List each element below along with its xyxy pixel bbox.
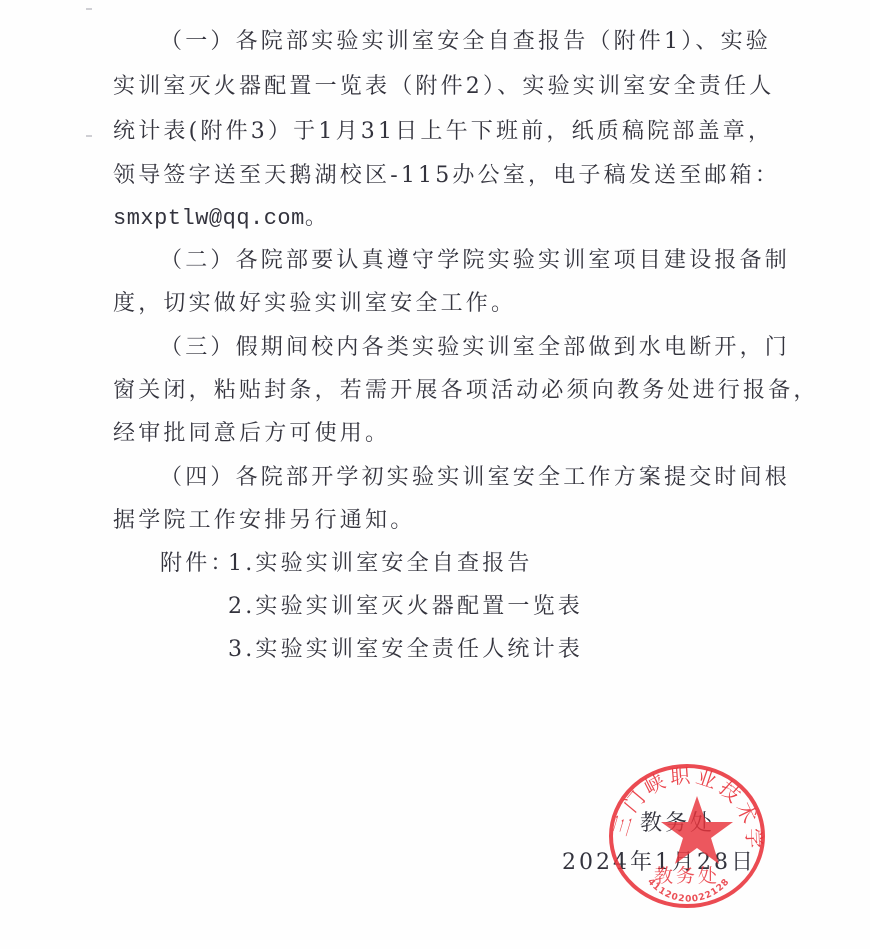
- scan-speck: [86, 135, 92, 137]
- paragraph-line: （二）各院部要认真遵守学院实验实训室项目建设报备制: [160, 246, 790, 276]
- paragraph-line: 据学院工作安排另行通知。: [113, 506, 415, 536]
- attachment-item: 1.实验实训室安全自查报告: [228, 549, 533, 579]
- signature-date: 2024年1月28日: [562, 845, 756, 876]
- document-page: （一）各院部实验实训室安全自查报告（附件1）、实验 实训室灭火器配置一览表（附件…: [0, 0, 870, 949]
- attachment-item: 2.实验实训室灭火器配置一览表: [228, 592, 583, 622]
- paragraph-line: 窗关闭，粘贴封条，若需开展各项活动必须向教务处进行报备，: [113, 376, 819, 406]
- signature-office: 教务处: [640, 806, 715, 837]
- paragraph-line: （四）各院部开学初实验实训室安全工作方案提交时间根: [160, 463, 790, 493]
- seal-code: 4112020022128: [645, 877, 732, 905]
- attachment-item: 3.实验实训室安全责任人统计表: [228, 635, 583, 665]
- paragraph-line: （三）假期间校内各类实验实训室全部做到水电断开，门: [160, 333, 790, 363]
- paragraph-line: 统计表(附件3）于1月31日上午下班前，纸质稿院部盖章，: [113, 117, 773, 147]
- paragraph-line: 领导签字送至天鹅湖校区-115办公室，电子稿发送至邮箱：: [113, 161, 780, 191]
- email-address: smxptlw@qq.com。: [113, 204, 327, 234]
- paragraph-line: 度，切实做好实验实训室安全工作。: [113, 289, 516, 319]
- paragraph-line: 经审批同意后方可使用。: [113, 419, 390, 449]
- attachments-label: 附件：: [160, 549, 236, 579]
- paragraph-line: 实训室灭火器配置一览表（附件2）、实验实训室安全责任人: [113, 72, 774, 102]
- paragraph-line: （一）各院部实验实训室安全自查报告（附件1）、实验: [160, 27, 771, 57]
- scan-speck: [86, 8, 92, 10]
